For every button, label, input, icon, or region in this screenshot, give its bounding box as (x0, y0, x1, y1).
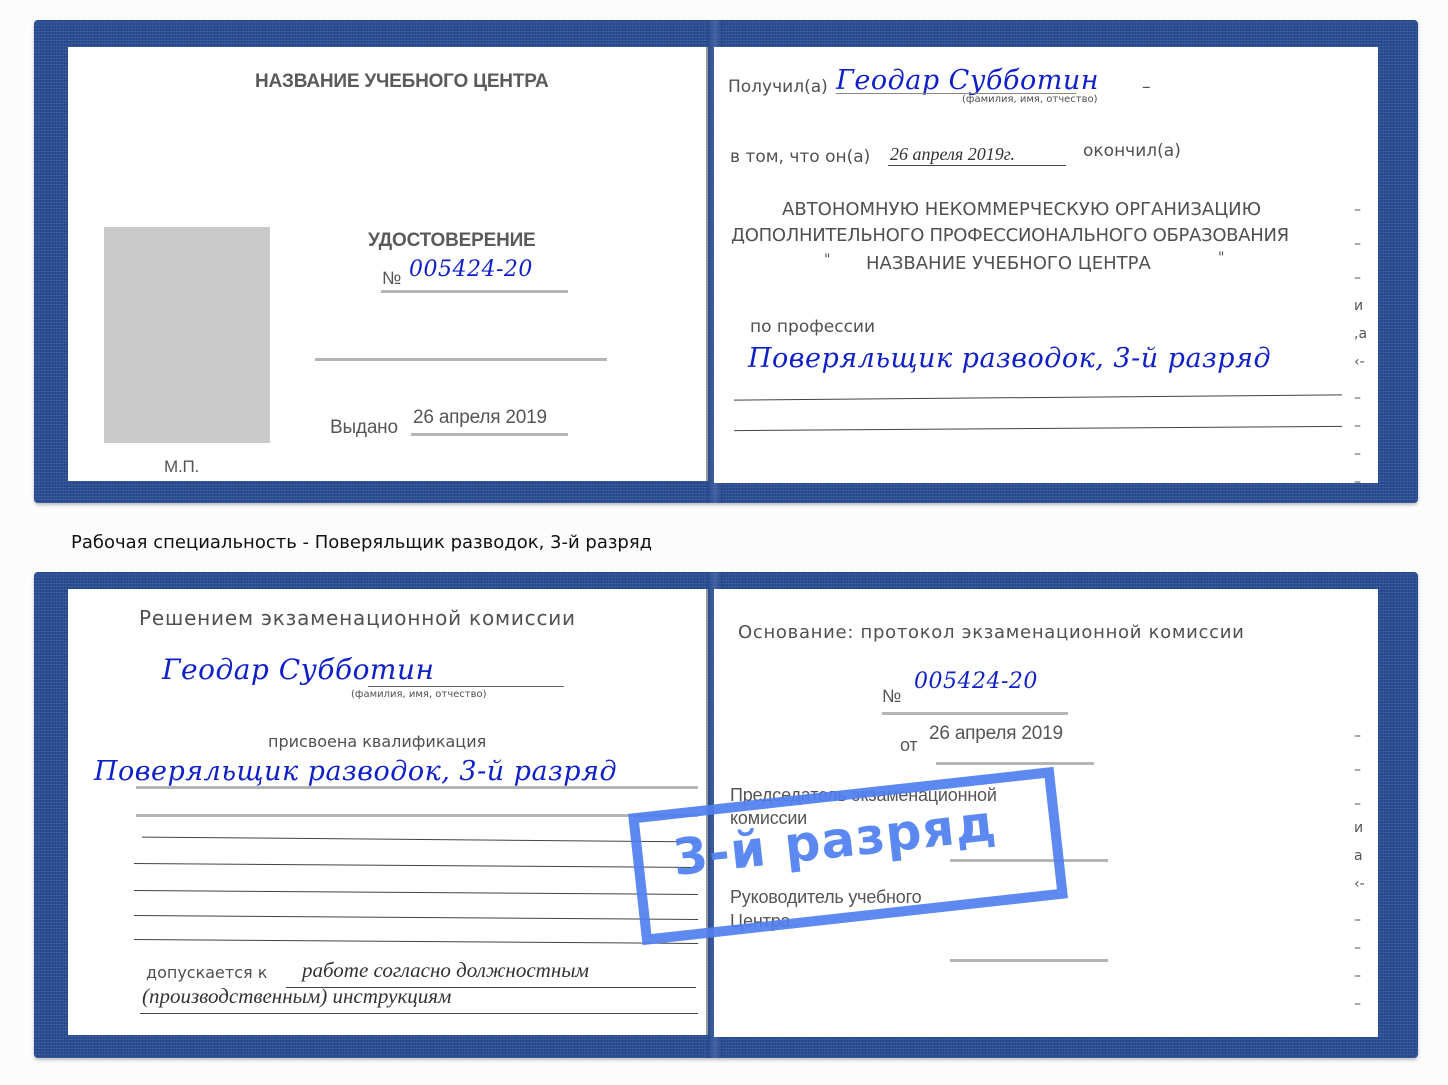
that-label: в том, что он(а) (730, 147, 870, 167)
stamp-text: 3-й разряд (670, 794, 999, 887)
certificate-booklet-front: НАЗВАНИЕ УЧЕБНОГО ЦЕНТРА М.П. УДОСТОВЕРЕ… (34, 20, 1418, 503)
issued-underline (411, 433, 568, 436)
org-title: НАЗВАНИЕ УЧЕБНОГО ЦЕНТРА (255, 71, 549, 93)
photo-placeholder (104, 227, 270, 443)
qualification-label: присвоена квалификация (268, 732, 486, 751)
back-left-page: Решением экзаменационной комиссии Геодар… (68, 589, 708, 1035)
front-right-page: Получил(а) Геодар Субботин (фамилия, имя… (714, 47, 1378, 483)
completed-label: окончил(а) (1083, 141, 1181, 161)
blank-line-3 (134, 890, 698, 895)
completion-date: 26 апреля 2019г. (890, 144, 1015, 165)
protocol-number-label: № (882, 686, 901, 707)
blank-line-5 (134, 939, 698, 944)
profession-line-2 (734, 426, 1342, 431)
decision-title: Решением экзаменационной комиссии (139, 606, 576, 630)
org-line-1: АВТОНОМНУЮ НЕКОММЕРЧЕСКУЮ ОРГАНИЗАЦИЮ (782, 199, 1261, 220)
issued-label: Выдано (330, 417, 398, 439)
completion-underline (888, 165, 1066, 166)
basis-title: Основание: протокол экзаменационной коми… (738, 622, 1245, 643)
org-quote-close: " (1218, 250, 1224, 266)
org-quote-open: " (824, 252, 830, 268)
person-name: Геодар Субботин (162, 653, 434, 686)
caption-specialty: Рабочая специальность - Поверяльщик разв… (71, 532, 652, 553)
qualification-line-1 (136, 786, 698, 789)
number-label: № (382, 268, 401, 289)
front-left-page: НАЗВАНИЕ УЧЕБНОГО ЦЕНТРА М.П. УДОСТОВЕРЕ… (68, 47, 708, 481)
protocol-number-underline (882, 712, 1068, 715)
blank-line-2 (134, 863, 698, 868)
qualification-value: Поверяльщик разводок, 3-й разряд (94, 756, 617, 787)
recipient-name: Геодар Субботин (836, 65, 1099, 96)
blank-line-4 (134, 915, 698, 920)
profession-value: Поверяльщик разводок, 3-й разряд (748, 343, 1271, 374)
org-line-3: НАЗВАНИЕ УЧЕБНОГО ЦЕНТРА (866, 253, 1151, 274)
admitted-underline-2 (140, 1013, 698, 1014)
admitted-line-1: работе согласно должностным (302, 958, 589, 983)
certificate-number: 005424-20 (409, 257, 533, 282)
protocol-date: 26 апреля 2019 (929, 723, 1063, 745)
org-line-2: ДОПОЛНИТЕЛЬНОГО ПРОФЕССИОНАЛЬНОГО ОБРАЗО… (731, 225, 1289, 246)
profession-label: по профессии (750, 317, 875, 337)
protocol-number: 005424-20 (914, 669, 1038, 694)
dash: – (1142, 77, 1151, 97)
number-underline (381, 290, 568, 293)
admitted-line-2: (производственным) инструкциям (142, 984, 451, 1009)
protocol-date-underline (936, 762, 1094, 765)
received-label: Получил(а) (728, 77, 828, 97)
name-hint: (фамилия, имя, отчество) (351, 689, 487, 700)
qualification-line-2 (136, 814, 698, 817)
head-signature-line (950, 959, 1108, 962)
date-label: от (900, 735, 917, 756)
admitted-label: допускается к (146, 963, 267, 982)
edge-marks: – – – и ,а ‹- – – – – (1354, 203, 1367, 503)
seal-label: М.П. (164, 457, 199, 477)
profession-line-1 (734, 394, 1342, 400)
person-underline (368, 686, 564, 687)
edge-marks: – – – и а ‹- – – – – (1354, 729, 1365, 1025)
document-title: УДОСТОВЕРЕНИЕ (368, 230, 536, 252)
name-hint: (фамилия, имя, отчество) (962, 94, 1098, 105)
issued-date: 26 апреля 2019 (413, 407, 547, 429)
blank-line-1 (142, 837, 698, 843)
blank-line (315, 358, 607, 361)
